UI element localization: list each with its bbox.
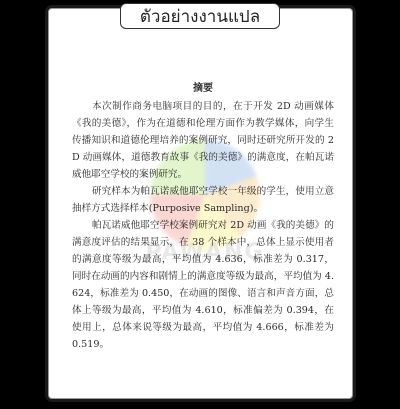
title-text: ตัวอย่างงานแปล	[140, 3, 260, 30]
paragraph-purpose: 本次制作商务电脑项目的目的，在于开发 2D 动画媒体《我的美德》，作为在道德和伦…	[72, 98, 334, 183]
document-body: 摘要 本次制作商务电脑项目的目的，在于开发 2D 动画媒体《我的美德》，作为在道…	[72, 80, 334, 353]
abstract-heading: 摘要	[72, 80, 334, 97]
paragraph-sample: 研究样本为帕瓦诺威他耶空学校一年级的学生，使用立意抽样方式选择样本(Purpos…	[72, 183, 334, 217]
title-label: ตัวอย่างงานแปล	[120, 3, 280, 29]
paragraph-results: 帕瓦诺威他耶空学校案例研究对 2D 动画《我的美德》的满意度评估的结果显示，在 …	[72, 217, 334, 353]
